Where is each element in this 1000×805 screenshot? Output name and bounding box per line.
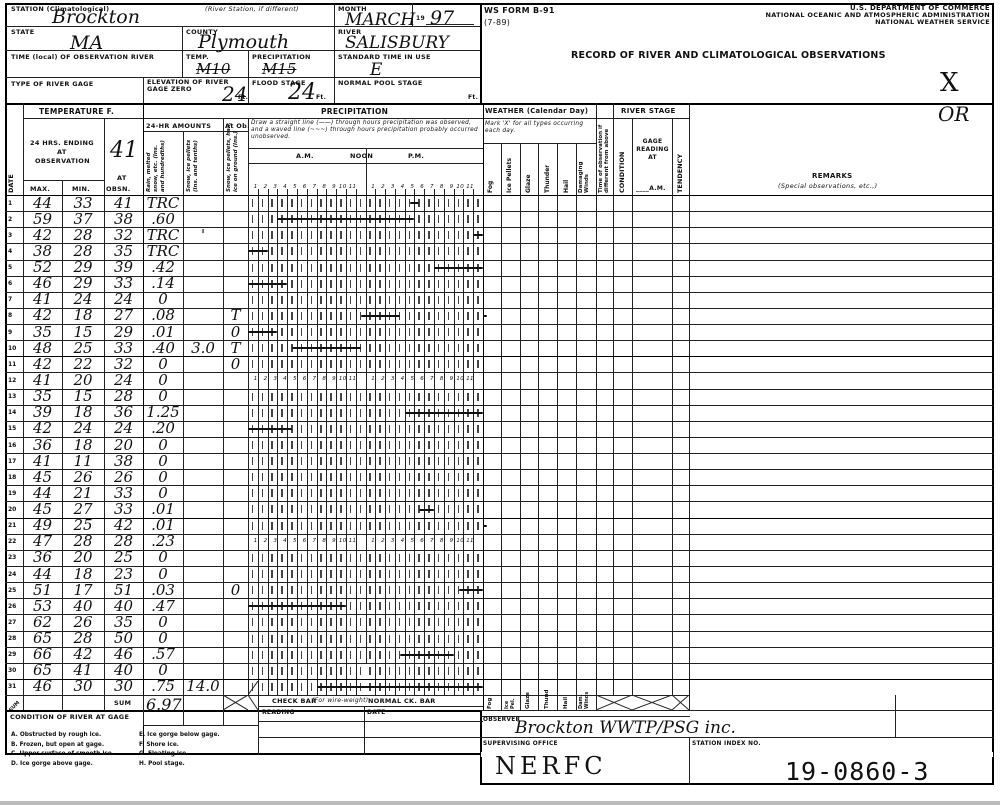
cell-glaze[interactable] — [520, 501, 538, 517]
cell-tendency[interactable] — [672, 469, 689, 485]
cell-remarks[interactable] — [689, 485, 994, 501]
cell-ground[interactable] — [223, 405, 248, 421]
cell-damaging-winds[interactable] — [576, 356, 596, 372]
cell-hail[interactable] — [557, 340, 576, 356]
cell-remarks[interactable] — [689, 372, 994, 388]
cell-ice-pellets[interactable] — [501, 663, 520, 679]
cell-rain[interactable]: 0 — [143, 550, 183, 566]
cell-fog[interactable] — [483, 501, 501, 517]
cell-rain[interactable]: .40 — [143, 340, 183, 356]
cell-tendency[interactable] — [672, 308, 689, 324]
cell-fog[interactable] — [483, 243, 501, 259]
cell-remarks[interactable] — [689, 405, 994, 421]
cell-ice-pellets[interactable] — [501, 389, 520, 405]
cell-max[interactable]: 44 — [23, 566, 62, 582]
cell-rain[interactable]: 0 — [143, 292, 183, 308]
cell-thunder[interactable] — [538, 501, 557, 517]
cell-damaging-winds[interactable] — [576, 647, 596, 663]
cell-min[interactable]: 22 — [62, 356, 104, 372]
cell-gage-reading[interactable] — [632, 243, 672, 259]
cell-hail[interactable] — [557, 276, 576, 292]
cell-tendency[interactable] — [672, 421, 689, 437]
cell-snow[interactable] — [183, 405, 223, 421]
cell-glaze[interactable] — [520, 389, 538, 405]
cell-rain[interactable]: .47 — [143, 598, 183, 614]
cell-fog[interactable] — [483, 469, 501, 485]
cell-obsn[interactable]: 24 — [104, 421, 143, 437]
cell-min[interactable]: 18 — [62, 437, 104, 453]
cell-hail[interactable] — [557, 260, 576, 276]
cell-snow[interactable]: ' — [183, 227, 223, 243]
observation-time-value[interactable]: 41 — [110, 138, 138, 163]
cell-time-diff[interactable] — [596, 324, 613, 340]
cell-fog[interactable] — [483, 276, 501, 292]
cell-ground[interactable] — [223, 518, 248, 534]
cell-damaging-winds[interactable] — [576, 243, 596, 259]
cell-ground[interactable] — [223, 211, 248, 227]
cell-fog[interactable] — [483, 211, 501, 227]
cell-ground[interactable] — [223, 260, 248, 276]
cell-ground[interactable] — [223, 195, 248, 211]
cell-ground[interactable]: T — [223, 340, 248, 356]
flood-stage-value[interactable]: 24 — [288, 80, 316, 105]
cell-ice-pellets[interactable] — [501, 356, 520, 372]
cell-condition[interactable] — [613, 663, 632, 679]
cell-glaze[interactable] — [520, 324, 538, 340]
cell-condition[interactable] — [613, 372, 632, 388]
cell-gage-reading[interactable] — [632, 421, 672, 437]
cell-max[interactable]: 45 — [23, 469, 62, 485]
cell-gage-reading[interactable] — [632, 663, 672, 679]
cell-min[interactable]: 18 — [62, 308, 104, 324]
cell-remarks[interactable] — [689, 631, 994, 647]
cell-min[interactable]: 30 — [62, 679, 104, 695]
cell-time-diff[interactable] — [596, 227, 613, 243]
cell-remarks[interactable] — [689, 469, 994, 485]
cell-gage-reading[interactable] — [632, 469, 672, 485]
cell-time-diff[interactable] — [596, 518, 613, 534]
cell-min[interactable]: 37 — [62, 211, 104, 227]
cell-max[interactable]: 41 — [23, 453, 62, 469]
cell-thunder[interactable] — [538, 276, 557, 292]
cell-ground[interactable] — [223, 243, 248, 259]
cell-thunder[interactable] — [538, 372, 557, 388]
cell-min[interactable]: 20 — [62, 550, 104, 566]
cell-fog[interactable] — [483, 679, 501, 695]
cell-tendency[interactable] — [672, 405, 689, 421]
cell-gage-reading[interactable] — [632, 614, 672, 630]
observer-value[interactable]: Brockton WWTP/PSG inc. — [515, 718, 736, 738]
cell-tendency[interactable] — [672, 195, 689, 211]
cell-damaging-winds[interactable] — [576, 292, 596, 308]
cell-hail[interactable] — [557, 550, 576, 566]
cell-fog[interactable] — [483, 485, 501, 501]
cell-fog[interactable] — [483, 308, 501, 324]
cell-glaze[interactable] — [520, 550, 538, 566]
cell-condition[interactable] — [613, 631, 632, 647]
cell-snow[interactable]: 14.0 — [183, 679, 223, 695]
cell-gage-reading[interactable] — [632, 324, 672, 340]
cell-condition[interactable] — [613, 598, 632, 614]
check-bar-reading-input[interactable] — [259, 722, 363, 754]
cell-hail[interactable] — [557, 501, 576, 517]
cell-condition[interactable] — [613, 647, 632, 663]
cell-time-diff[interactable] — [596, 582, 613, 598]
cell-damaging-winds[interactable] — [576, 582, 596, 598]
cell-ground[interactable]: 0 — [223, 324, 248, 340]
cell-snow[interactable] — [183, 582, 223, 598]
cell-condition[interactable] — [613, 485, 632, 501]
cell-ground[interactable] — [223, 389, 248, 405]
cell-max[interactable]: 42 — [23, 421, 62, 437]
cell-fog[interactable] — [483, 389, 501, 405]
cell-thunder[interactable] — [538, 614, 557, 630]
river-value[interactable]: SALISBURY — [345, 33, 449, 53]
cell-tendency[interactable] — [672, 614, 689, 630]
cell-thunder[interactable] — [538, 534, 557, 550]
cell-ground[interactable] — [223, 469, 248, 485]
cell-snow[interactable] — [183, 324, 223, 340]
cell-obsn[interactable]: 33 — [104, 485, 143, 501]
supervising-office-value[interactable]: NERFC — [495, 752, 607, 780]
cell-thunder[interactable] — [538, 340, 557, 356]
cell-obsn[interactable]: 26 — [104, 469, 143, 485]
cell-tendency[interactable] — [672, 372, 689, 388]
cell-obsn[interactable]: 30 — [104, 679, 143, 695]
cell-ground[interactable] — [223, 566, 248, 582]
cell-ground[interactable] — [223, 550, 248, 566]
cell-snow[interactable] — [183, 195, 223, 211]
cell-gage-reading[interactable] — [632, 356, 672, 372]
cell-condition[interactable] — [613, 437, 632, 453]
cell-fog[interactable] — [483, 582, 501, 598]
cell-glaze[interactable] — [520, 227, 538, 243]
cell-gage-reading[interactable] — [632, 292, 672, 308]
check-bar-date-input[interactable] — [365, 722, 482, 754]
cell-ice-pellets[interactable] — [501, 501, 520, 517]
cell-glaze[interactable] — [520, 469, 538, 485]
cell-fog[interactable] — [483, 405, 501, 421]
cell-tendency[interactable] — [672, 292, 689, 308]
cell-thunder[interactable] — [538, 292, 557, 308]
cell-glaze[interactable] — [520, 260, 538, 276]
cell-time-diff[interactable] — [596, 534, 613, 550]
cell-glaze[interactable] — [520, 372, 538, 388]
cell-obsn[interactable]: 38 — [104, 211, 143, 227]
cell-rain[interactable]: .75 — [143, 679, 183, 695]
cell-condition[interactable] — [613, 405, 632, 421]
cell-fog[interactable] — [483, 437, 501, 453]
cell-ice-pellets[interactable] — [501, 469, 520, 485]
cell-snow[interactable] — [183, 260, 223, 276]
cell-rain[interactable]: .23 — [143, 534, 183, 550]
cell-damaging-winds[interactable] — [576, 437, 596, 453]
cell-damaging-winds[interactable] — [576, 372, 596, 388]
cell-snow[interactable] — [183, 356, 223, 372]
cell-glaze[interactable] — [520, 421, 538, 437]
cell-glaze[interactable] — [520, 631, 538, 647]
cell-ground[interactable] — [223, 647, 248, 663]
cell-snow[interactable] — [183, 598, 223, 614]
cell-max[interactable]: 66 — [23, 647, 62, 663]
cell-hail[interactable] — [557, 227, 576, 243]
cell-gage-reading[interactable] — [632, 518, 672, 534]
cell-damaging-winds[interactable] — [576, 308, 596, 324]
cell-damaging-winds[interactable] — [576, 485, 596, 501]
cell-glaze[interactable] — [520, 534, 538, 550]
cell-ice-pellets[interactable] — [501, 340, 520, 356]
cell-gage-reading[interactable] — [632, 308, 672, 324]
cell-gage-reading[interactable] — [632, 405, 672, 421]
cell-time-diff[interactable] — [596, 243, 613, 259]
cell-max[interactable]: 38 — [23, 243, 62, 259]
cell-condition[interactable] — [613, 227, 632, 243]
cell-condition[interactable] — [613, 518, 632, 534]
cell-time-diff[interactable] — [596, 405, 613, 421]
cell-min[interactable]: 21 — [62, 485, 104, 501]
cell-rain[interactable]: .03 — [143, 582, 183, 598]
cell-hail[interactable] — [557, 631, 576, 647]
cell-ice-pellets[interactable] — [501, 211, 520, 227]
cell-hail[interactable] — [557, 485, 576, 501]
cell-time-diff[interactable] — [596, 501, 613, 517]
cell-time-diff[interactable] — [596, 679, 613, 695]
cell-ground[interactable] — [223, 421, 248, 437]
cell-condition[interactable] — [613, 243, 632, 259]
cell-thunder[interactable] — [538, 211, 557, 227]
cell-obsn[interactable]: 38 — [104, 453, 143, 469]
cell-tendency[interactable] — [672, 550, 689, 566]
cell-glaze[interactable] — [520, 598, 538, 614]
cell-gage-reading[interactable] — [632, 372, 672, 388]
cell-condition[interactable] — [613, 566, 632, 582]
cell-tendency[interactable] — [672, 340, 689, 356]
cell-thunder[interactable] — [538, 631, 557, 647]
cell-rain[interactable]: 0 — [143, 566, 183, 582]
cell-max[interactable]: 48 — [23, 340, 62, 356]
cell-tendency[interactable] — [672, 679, 689, 695]
cell-max[interactable]: 44 — [23, 195, 62, 211]
month-value[interactable]: MARCH — [345, 10, 415, 30]
cell-obsn[interactable]: 51 — [104, 582, 143, 598]
cell-max[interactable]: 35 — [23, 324, 62, 340]
cell-glaze[interactable] — [520, 405, 538, 421]
cell-snow[interactable]: 3.0 — [183, 340, 223, 356]
cell-gage-reading[interactable] — [632, 389, 672, 405]
cell-gage-reading[interactable] — [632, 276, 672, 292]
cell-ice-pellets[interactable] — [501, 631, 520, 647]
cell-fog[interactable] — [483, 324, 501, 340]
cell-time-diff[interactable] — [596, 260, 613, 276]
cell-ground[interactable] — [223, 534, 248, 550]
cell-time-diff[interactable] — [596, 614, 613, 630]
cell-snow[interactable] — [183, 614, 223, 630]
station-value[interactable]: Brockton — [52, 6, 140, 28]
cell-rain[interactable]: 0 — [143, 389, 183, 405]
cell-glaze[interactable] — [520, 308, 538, 324]
cell-glaze[interactable] — [520, 243, 538, 259]
cell-thunder[interactable] — [538, 421, 557, 437]
cell-ground[interactable] — [223, 614, 248, 630]
cell-snow[interactable] — [183, 437, 223, 453]
cell-hail[interactable] — [557, 437, 576, 453]
cell-max[interactable]: 42 — [23, 308, 62, 324]
cell-hail[interactable] — [557, 372, 576, 388]
state-value[interactable]: MA — [70, 32, 103, 54]
cell-ground[interactable] — [223, 679, 248, 695]
cell-remarks[interactable] — [689, 211, 994, 227]
cell-obsn[interactable]: 35 — [104, 243, 143, 259]
cell-glaze[interactable] — [520, 453, 538, 469]
cell-hail[interactable] — [557, 663, 576, 679]
cell-time-diff[interactable] — [596, 631, 613, 647]
cell-tendency[interactable] — [672, 211, 689, 227]
cell-ground[interactable]: 0 — [223, 582, 248, 598]
cell-rain[interactable]: .57 — [143, 647, 183, 663]
cell-hail[interactable] — [557, 453, 576, 469]
cell-condition[interactable] — [613, 324, 632, 340]
cell-gage-reading[interactable] — [632, 566, 672, 582]
cell-min[interactable]: 33 — [62, 195, 104, 211]
cell-ice-pellets[interactable] — [501, 308, 520, 324]
cell-hail[interactable] — [557, 421, 576, 437]
cell-time-diff[interactable] — [596, 356, 613, 372]
cell-tendency[interactable] — [672, 453, 689, 469]
cell-thunder[interactable] — [538, 582, 557, 598]
cell-ice-pellets[interactable] — [501, 598, 520, 614]
cell-ground[interactable]: 0 — [223, 356, 248, 372]
cell-damaging-winds[interactable] — [576, 550, 596, 566]
cell-gage-reading[interactable] — [632, 598, 672, 614]
cell-gage-reading[interactable] — [632, 647, 672, 663]
cell-snow[interactable] — [183, 469, 223, 485]
cell-gage-reading[interactable] — [632, 340, 672, 356]
cell-glaze[interactable] — [520, 340, 538, 356]
cell-rain[interactable]: TRC — [143, 227, 183, 243]
cell-condition[interactable] — [613, 292, 632, 308]
cell-fog[interactable] — [483, 340, 501, 356]
cell-glaze[interactable] — [520, 582, 538, 598]
cell-ice-pellets[interactable] — [501, 324, 520, 340]
cell-thunder[interactable] — [538, 227, 557, 243]
cell-min[interactable]: 40 — [62, 598, 104, 614]
cell-glaze[interactable] — [520, 485, 538, 501]
cell-gage-reading[interactable] — [632, 227, 672, 243]
cell-condition[interactable] — [613, 211, 632, 227]
cell-glaze[interactable] — [520, 292, 538, 308]
cell-ice-pellets[interactable] — [501, 195, 520, 211]
cell-time-diff[interactable] — [596, 647, 613, 663]
cell-rain[interactable]: .01 — [143, 324, 183, 340]
cell-thunder[interactable] — [538, 485, 557, 501]
cell-damaging-winds[interactable] — [576, 340, 596, 356]
cell-tendency[interactable] — [672, 582, 689, 598]
cell-obsn[interactable]: 24 — [104, 292, 143, 308]
cell-min[interactable]: 18 — [62, 566, 104, 582]
cell-max[interactable]: 53 — [23, 598, 62, 614]
cell-remarks[interactable] — [689, 582, 994, 598]
cell-min[interactable]: 42 — [62, 647, 104, 663]
cell-ice-pellets[interactable] — [501, 405, 520, 421]
rain-sum-value[interactable]: 6.97 — [146, 695, 182, 714]
cell-remarks[interactable] — [689, 598, 994, 614]
cell-damaging-winds[interactable] — [576, 566, 596, 582]
cell-time-diff[interactable] — [596, 389, 613, 405]
cell-min[interactable]: 15 — [62, 389, 104, 405]
cell-glaze[interactable] — [520, 647, 538, 663]
cell-snow[interactable] — [183, 566, 223, 582]
cell-snow[interactable] — [183, 243, 223, 259]
cell-tendency[interactable] — [672, 598, 689, 614]
cell-ground[interactable] — [223, 485, 248, 501]
cell-ice-pellets[interactable] — [501, 292, 520, 308]
cell-remarks[interactable] — [689, 324, 994, 340]
cell-obsn[interactable]: 27 — [104, 308, 143, 324]
cell-rain[interactable]: 0 — [143, 453, 183, 469]
cell-condition[interactable] — [613, 308, 632, 324]
cell-damaging-winds[interactable] — [576, 260, 596, 276]
cell-thunder[interactable] — [538, 469, 557, 485]
cell-tendency[interactable] — [672, 356, 689, 372]
county-value[interactable]: Plymouth — [198, 31, 289, 53]
cell-snow[interactable] — [183, 631, 223, 647]
cell-glaze[interactable] — [520, 195, 538, 211]
cell-fog[interactable] — [483, 356, 501, 372]
cell-ice-pellets[interactable] — [501, 243, 520, 259]
cell-damaging-winds[interactable] — [576, 469, 596, 485]
cell-ground[interactable] — [223, 276, 248, 292]
cell-tendency[interactable] — [672, 534, 689, 550]
cell-hail[interactable] — [557, 534, 576, 550]
cell-ground[interactable] — [223, 227, 248, 243]
cell-hail[interactable] — [557, 324, 576, 340]
cell-rain[interactable]: TRC — [143, 195, 183, 211]
cell-max[interactable]: 59 — [23, 211, 62, 227]
cell-rain[interactable]: TRC — [143, 243, 183, 259]
cell-damaging-winds[interactable] — [576, 195, 596, 211]
cell-gage-reading[interactable] — [632, 485, 672, 501]
cell-tendency[interactable] — [672, 566, 689, 582]
cell-damaging-winds[interactable] — [576, 598, 596, 614]
cell-fog[interactable] — [483, 598, 501, 614]
cell-obsn[interactable]: 28 — [104, 534, 143, 550]
cell-ice-pellets[interactable] — [501, 260, 520, 276]
cell-hail[interactable] — [557, 566, 576, 582]
cell-time-diff[interactable] — [596, 453, 613, 469]
cell-damaging-winds[interactable] — [576, 631, 596, 647]
cell-snow[interactable] — [183, 453, 223, 469]
cell-condition[interactable] — [613, 469, 632, 485]
cell-obsn[interactable]: 23 — [104, 566, 143, 582]
cell-tendency[interactable] — [672, 389, 689, 405]
cell-fog[interactable] — [483, 195, 501, 211]
cell-remarks[interactable] — [689, 276, 994, 292]
cell-gage-reading[interactable] — [632, 501, 672, 517]
cell-snow[interactable] — [183, 292, 223, 308]
cell-fog[interactable] — [483, 518, 501, 534]
cell-thunder[interactable] — [538, 195, 557, 211]
cell-gage-reading[interactable] — [632, 195, 672, 211]
cell-remarks[interactable] — [689, 501, 994, 517]
cell-ground[interactable] — [223, 437, 248, 453]
cell-ground[interactable] — [223, 631, 248, 647]
cell-ice-pellets[interactable] — [501, 534, 520, 550]
cell-remarks[interactable] — [689, 534, 994, 550]
cell-condition[interactable] — [613, 582, 632, 598]
cell-min[interactable]: 28 — [62, 227, 104, 243]
cell-min[interactable]: 17 — [62, 582, 104, 598]
cell-snow[interactable] — [183, 421, 223, 437]
